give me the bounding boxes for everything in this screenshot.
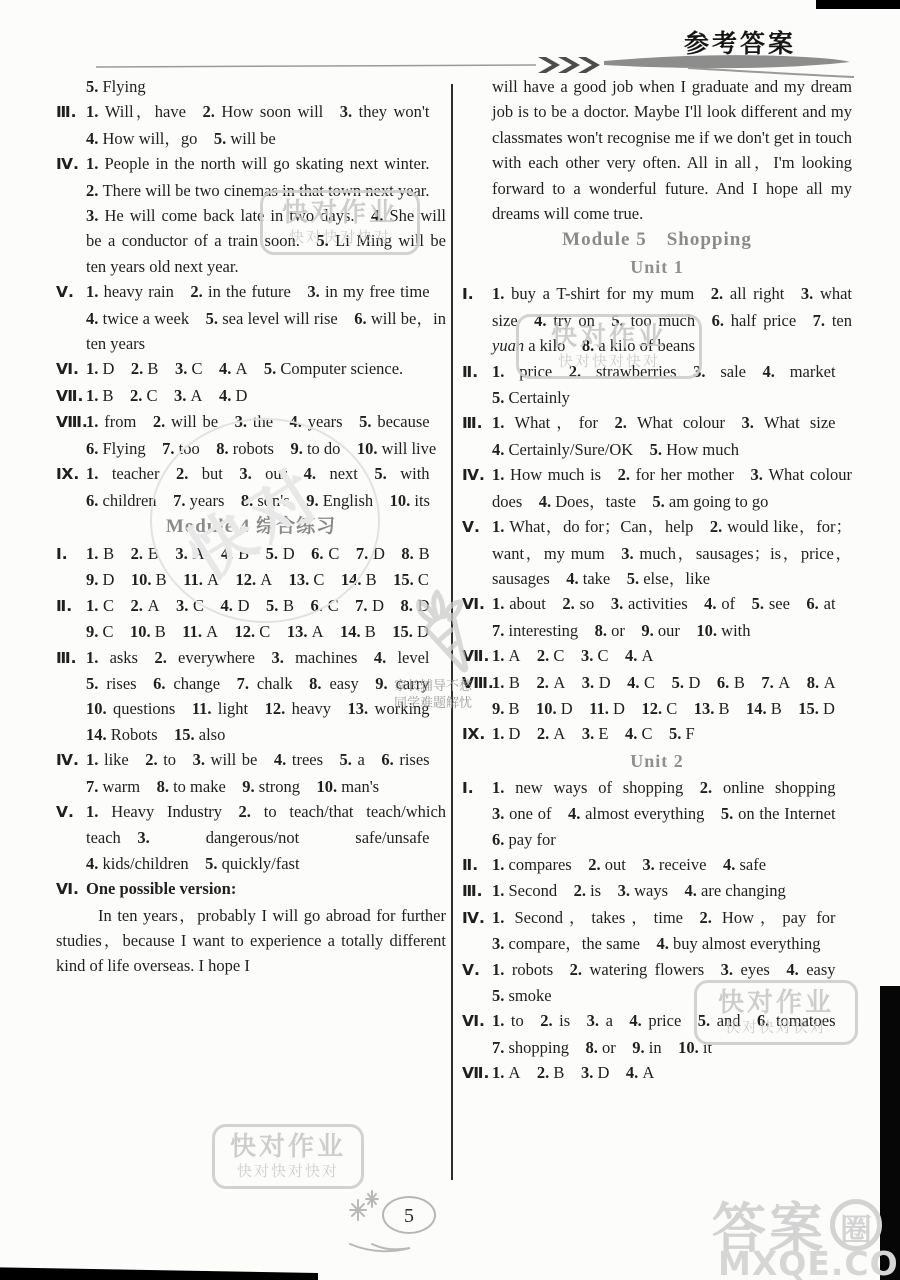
answer: 1. B <box>86 544 114 563</box>
item-number-label: Ⅴ. <box>56 280 86 305</box>
answer: 9. D <box>86 570 114 589</box>
answer-number: 3. <box>492 804 509 823</box>
answer-number: 2. <box>540 1011 559 1030</box>
watermark-stamp-subtitle: 快对快对快对 <box>223 1162 353 1181</box>
scan-artifact-right-bar <box>880 986 900 1280</box>
answer: 7. chalk <box>237 674 293 693</box>
answer: 6. pay for <box>492 830 556 849</box>
answer-number: 14. <box>340 622 365 641</box>
answer-number: 5. <box>627 569 644 588</box>
answer-number: 5. <box>86 77 103 96</box>
answer: 4. of <box>704 594 735 613</box>
answer-number: 2. <box>130 386 147 405</box>
answer: 1. D <box>492 724 520 743</box>
answer-item: 5. Flying <box>56 74 446 99</box>
answer: 1. compares <box>492 855 572 874</box>
answer-number: 4. <box>626 1063 643 1082</box>
answer-number: 7. <box>355 596 372 615</box>
answer-number: 11. <box>192 699 218 718</box>
answer: 9. in <box>632 1038 661 1057</box>
answer: 4. take <box>566 569 610 588</box>
answer-number: 10. <box>536 699 561 718</box>
answer: 5. am going to go <box>652 492 768 511</box>
answer-number: 1. <box>86 802 111 821</box>
answer: 2. B <box>537 1063 565 1082</box>
answer-number: 6. <box>86 491 103 510</box>
item-number-label: Ⅰ. <box>56 542 86 567</box>
watermark-stamp-subtitle: 快对快对快对 <box>271 228 409 247</box>
answer-item: Ⅵ.One possible version: <box>56 876 446 902</box>
answer-number: 10. <box>131 570 156 589</box>
item-number-label: Ⅳ. <box>56 152 86 177</box>
answer-item: Ⅸ.1. D 2. A 3. E 4. C 5. F <box>462 721 852 747</box>
answer: 2. for her mother <box>618 465 734 484</box>
answer: 5. sea level will rise <box>206 309 338 328</box>
watermark-stamp-title: 快对作业 <box>705 988 847 1018</box>
answer-number: 14. <box>86 725 111 744</box>
answer: 5. D <box>672 673 701 692</box>
answer: 9. strong <box>242 777 300 796</box>
answer: 4. D <box>219 386 247 405</box>
answer: 4. Certainly/Sure/OK <box>492 440 633 459</box>
answer: 2. A <box>131 596 160 615</box>
answer-key-page: { "header": { "title": "参考答案" }, "footer… <box>0 0 900 1280</box>
answer-number: 4. <box>762 362 789 381</box>
answer-number: 2. <box>710 517 727 536</box>
answer-number: 3. <box>307 282 325 301</box>
answer-number: 7. <box>237 674 257 693</box>
item-number-label: Ⅶ. <box>462 1061 492 1086</box>
answer: 4. trees <box>274 750 323 769</box>
answer: 6. at <box>806 594 835 613</box>
answer-number: 3. <box>587 1011 606 1030</box>
answer: 11. A <box>182 622 218 641</box>
answer-number: 2. <box>614 413 637 432</box>
answer: 1. A <box>492 1063 520 1082</box>
item-number-label: Ⅷ. <box>56 410 86 435</box>
answer-number: 6. <box>712 311 731 330</box>
item-number-label: Ⅱ. <box>56 594 86 619</box>
answer-number: 1. <box>86 282 104 301</box>
answer: 15. also <box>174 725 225 744</box>
answer-number: 3. <box>582 673 599 692</box>
answer: 5. will be <box>214 129 276 148</box>
answer: 5. Computer science. <box>264 359 403 378</box>
answer: 4. are changing <box>685 881 786 900</box>
answer-number: 9. <box>641 621 658 640</box>
answer: 10. B <box>130 622 166 641</box>
answer-number: 15. <box>393 570 418 589</box>
answer-number: 5. <box>752 594 769 613</box>
answer: 10. B <box>131 570 167 589</box>
answer: 2. everywhere <box>154 648 255 667</box>
answer-number: 5. <box>650 440 667 459</box>
answer: 12. C <box>641 699 677 718</box>
answer-number: 5. <box>205 854 222 873</box>
answer: 3. eyes <box>721 960 770 979</box>
answer-number: 1. <box>492 855 509 874</box>
answer: 9. C <box>86 622 114 641</box>
answer: 4. A <box>625 646 653 665</box>
answer-number: 3. <box>721 960 741 979</box>
answer-number: 3. <box>272 648 296 667</box>
answer-number: 3. <box>581 1063 598 1082</box>
answer: 4. easy <box>786 960 835 979</box>
answer-number: 5. <box>721 804 738 823</box>
answer-number: 13. <box>694 699 719 718</box>
answer-number: 5. <box>374 464 400 483</box>
answer: 2. C <box>130 386 158 405</box>
answer-number: 10. <box>357 439 382 458</box>
answer: 4. buy almost everything <box>656 934 820 953</box>
answer-number: 1. <box>86 544 103 563</box>
answer-number: 4. <box>219 386 236 405</box>
answer: 1. like <box>86 750 129 769</box>
answer-item: Ⅴ.1. heavy rain 2. in the future 3. in m… <box>56 279 446 356</box>
answer-number: 1. <box>492 960 512 979</box>
answer: 4. price <box>629 1011 681 1030</box>
answer: 3. machines <box>272 648 358 667</box>
answer-number: 2. <box>536 673 553 692</box>
answer-number: 4. <box>625 724 642 743</box>
watermark-stamp: 快对作业 快对快对快对 <box>260 190 420 255</box>
answer-number: 4. <box>219 359 236 378</box>
answer-number: 4. <box>627 673 644 692</box>
answer: 5. with <box>374 464 429 483</box>
answer: 7. shopping <box>492 1038 569 1057</box>
answer-number: 7. <box>761 673 778 692</box>
answer: 3. in my free time <box>307 282 429 301</box>
answer: 13. A <box>287 622 324 641</box>
answer-number: 14. <box>746 699 771 718</box>
answer-number: 11. <box>589 699 613 718</box>
answer: 5. Certainly <box>492 388 570 407</box>
item-number-label: Ⅳ. <box>462 906 492 931</box>
answer-number: 1. <box>86 750 104 769</box>
answer: 4. C <box>625 724 653 743</box>
answer: 14. Robots <box>86 725 158 744</box>
item-number-label: Ⅵ. <box>56 357 86 382</box>
answer: 1. about <box>492 594 546 613</box>
answer-number: 2. <box>131 544 148 563</box>
answer: 8. B <box>401 544 429 563</box>
answer: 3. one of <box>492 804 551 823</box>
watermark-circle: 快对 <box>150 418 380 623</box>
answer: 7. warm <box>86 777 140 796</box>
answer-number: 5. <box>492 388 509 407</box>
answer: 1. from <box>86 412 136 431</box>
answer-number: 13. <box>348 699 375 718</box>
answer: 9. our <box>641 621 680 640</box>
answer-number: 1. <box>492 517 509 536</box>
answer: 11. D <box>589 699 625 718</box>
answer: 3. receive <box>642 855 706 874</box>
answer: 4. A <box>626 1063 654 1082</box>
answer-number: 1. <box>86 412 104 431</box>
answer-number: 1. <box>492 1063 509 1082</box>
answer-number: 3. <box>582 724 599 743</box>
watermark-stamp-title: 快对作业 <box>271 198 409 228</box>
watermark-stamp-subtitle: 快对快对快对 <box>527 352 691 371</box>
answer-number: 7. <box>492 1038 509 1057</box>
answer: 1. buy a T-shirt for my mum <box>492 284 694 303</box>
answer-number: 6. <box>86 439 103 458</box>
watermark-stamp-subtitle: 快对快对快对 <box>705 1018 847 1037</box>
answer-number: 4. <box>723 855 740 874</box>
answer-number: 2. <box>239 802 264 821</box>
answer-number: 5. <box>359 412 377 431</box>
answer: 4. market <box>762 362 835 381</box>
answer-number: 6. <box>354 309 371 328</box>
answer: 1. teacher <box>86 464 159 483</box>
answer: 1. What，do for；Can，help <box>492 517 693 536</box>
answer-number: 8. <box>157 777 174 796</box>
answer-item: Ⅶ.1. B 2. C 3. A 4. D <box>56 383 446 409</box>
answer: 2. What colour <box>614 413 725 432</box>
answer-number: 2. <box>190 282 208 301</box>
answer: 10. D <box>536 699 573 718</box>
answer: 10. will live <box>357 439 436 458</box>
answer: 2. C <box>537 646 565 665</box>
answer-number: 6. <box>717 673 734 692</box>
watermark-stamp-title: 快对作业 <box>223 1132 353 1162</box>
watermark-slogan: 家长辅导不愁 同学难题解忧 <box>394 678 504 712</box>
answer-number: 6. <box>492 830 509 849</box>
answer-number: 4. <box>86 129 103 148</box>
answer-number: 4. <box>625 646 642 665</box>
item-number-label: Ⅸ. <box>56 462 86 487</box>
answer-number: 2. <box>202 102 221 121</box>
answer-number: 2. <box>131 596 148 615</box>
answer-item: Ⅲ.1. Second 2. is 3. ways 4. are changin… <box>462 878 852 904</box>
answer-number: 1. <box>492 413 515 432</box>
answer: 7. interesting <box>492 621 578 640</box>
answer-number: 12. <box>641 699 666 718</box>
answer: 10. man's <box>317 777 380 796</box>
answer-item: Ⅳ.1. How much is 2. for her mother 3. Wh… <box>462 462 852 514</box>
answer-item: Ⅳ.1. like 2. to 3. will be 4. trees 5. a… <box>56 747 446 799</box>
answer-number: 2. <box>145 750 163 769</box>
answer-number: 5. <box>264 359 281 378</box>
answer-number: 15. <box>798 699 823 718</box>
answer: 4. A <box>219 359 247 378</box>
answer-number: 2. <box>86 181 103 200</box>
answer-item: Ⅲ.1. Will，have 2. How soon will 3. they … <box>56 99 446 151</box>
item-number-label: Ⅴ. <box>462 515 492 540</box>
answer-number: 4. <box>656 934 673 953</box>
answer-number: 1. <box>492 465 510 484</box>
answer: 3. activities <box>611 594 688 613</box>
item-number-label: Ⅳ. <box>462 463 492 488</box>
answer: 11. light <box>192 699 248 718</box>
answer: 5. F <box>669 724 695 743</box>
answer-number: 1. <box>492 908 514 927</box>
answer: 4. almost everything <box>568 804 704 823</box>
answer: 5. else，like <box>627 569 710 588</box>
answer: 1. Heavy Industry <box>86 802 222 821</box>
answer-number: 13. <box>287 622 312 641</box>
answer: 2. all right <box>711 284 785 303</box>
answer-number: 2. <box>537 1063 554 1082</box>
answer-number: 2. <box>153 412 171 431</box>
answer-number: 9. <box>375 674 395 693</box>
answer-number: 5. <box>669 724 686 743</box>
answer-number: 1. <box>492 1011 511 1030</box>
answer-item: Ⅵ.1. about 2. so 3. activities 4. of 5. … <box>462 591 852 643</box>
answer-number: 6. <box>153 674 173 693</box>
answer: 2. in the future <box>190 282 290 301</box>
answer: 5. a <box>340 750 365 769</box>
answer-number: 3. <box>174 386 191 405</box>
unit-header: Unit 1 <box>462 254 852 281</box>
answer: 3. What size <box>741 413 835 432</box>
answer: 2. will be <box>153 412 218 431</box>
answer: 14. B <box>340 622 376 641</box>
answer-number: 2. <box>131 359 148 378</box>
answer-number: 5. <box>652 492 669 511</box>
answer-item: Ⅳ.1. Second，takes，time 2. How，pay for 3.… <box>462 905 852 957</box>
answer-number: 2. <box>154 648 178 667</box>
answer-number: 4. <box>86 309 103 328</box>
answer: 2. watering flowers <box>570 960 705 979</box>
answer-number: 2. <box>618 465 636 484</box>
answer: 2. is <box>540 1011 570 1030</box>
answer: 8. to make <box>157 777 226 796</box>
answer: 1. Will，have <box>86 102 186 121</box>
answer-number: 1. <box>86 386 103 405</box>
watermark-slogan-line1: 家长辅导不愁 <box>394 678 504 695</box>
answer-number: 4. <box>704 594 721 613</box>
answer: 2. so <box>562 594 594 613</box>
answer: 5. quickly/fast <box>205 854 299 873</box>
answer-number: 2. <box>537 646 554 665</box>
answer: 1. How much is <box>492 465 601 484</box>
answer-number: 1. <box>492 724 509 743</box>
answer-number: 3. <box>741 413 764 432</box>
answer-number: 10. <box>86 699 113 718</box>
answer-item: Ⅷ.1. B 2. A 3. D 4. C 5. D 6. B 7. A 8. … <box>462 670 852 722</box>
answer-number: 6. <box>381 750 399 769</box>
answer: 1. What，for <box>492 413 598 432</box>
answer-item: Ⅰ.1. new ways of shopping 2. online shop… <box>462 775 852 852</box>
answer: 12. heavy <box>265 699 331 718</box>
answer-number: 3. <box>137 828 205 847</box>
answer: 5. How much <box>650 440 739 459</box>
answer: 1. to <box>492 1011 524 1030</box>
answer-number: 3. <box>86 206 104 225</box>
answer: 4. Does，taste <box>539 492 636 511</box>
watermark-stamp: 快对作业 快对快对快对 <box>516 314 702 379</box>
answer-number: 5. <box>214 129 231 148</box>
answer-number: 1. <box>86 102 105 121</box>
item-number-label: Ⅲ. <box>462 879 492 904</box>
answer-item: Ⅱ.1. compares 2. out 3. receive 4. safe <box>462 852 852 878</box>
item-number-label: Ⅴ. <box>462 958 492 983</box>
answer: 3. ways <box>618 881 668 900</box>
answer: 4. kids/children <box>86 854 189 873</box>
answer: 14. B <box>746 699 782 718</box>
answer: 10. its <box>390 491 430 510</box>
answer: 1. heavy rain <box>86 282 174 301</box>
page-number: 5 <box>382 1196 436 1234</box>
answer: 3. A <box>174 386 202 405</box>
answer: 1. B <box>86 386 114 405</box>
watermark-stamp: 快对作业 快对快对快对 <box>694 980 858 1045</box>
answer-item: Ⅶ.1. A 2. C 3. C 4. A <box>462 643 852 669</box>
item-number-label: Ⅱ. <box>462 853 492 878</box>
answer: 8. A <box>807 673 836 692</box>
answer-number: 4. <box>786 960 806 979</box>
answer-number: 7. <box>86 777 103 796</box>
answer: 13. B <box>694 699 730 718</box>
essay-intro: One possible version: <box>86 879 236 898</box>
answer: 5. on the Internet <box>721 804 836 823</box>
answer-number: 1. <box>492 778 515 797</box>
answer: 1. asks <box>86 648 138 667</box>
item-number-label: Ⅵ. <box>462 1009 492 1034</box>
answer-number: 3. <box>801 284 820 303</box>
answer-number: 5. <box>340 750 358 769</box>
answer-number: 1. <box>86 648 110 667</box>
answer: 2. out <box>588 855 626 874</box>
answer: 1. D <box>86 359 114 378</box>
answer-number: 4. <box>274 750 292 769</box>
answer: 10. with <box>696 621 750 640</box>
answer-number: 8. <box>586 1038 603 1057</box>
answer: 5. because <box>359 412 429 431</box>
answer: 3. C <box>581 646 609 665</box>
answer-number: 11. <box>182 622 206 641</box>
item-number-label: Ⅳ. <box>56 748 86 773</box>
answer: 1. Second <box>492 881 557 900</box>
answer: 6. rises <box>381 750 429 769</box>
answer: 7. A <box>761 673 790 692</box>
answer: 7. D <box>355 596 384 615</box>
answer-number: 3. <box>340 102 359 121</box>
chevron-arrows-icon <box>538 57 600 73</box>
answer: 5. smoke <box>492 986 552 1005</box>
answer-number: 8. <box>309 674 329 693</box>
answer: 4. safe <box>723 855 766 874</box>
answer: 3. they won't <box>340 102 430 121</box>
answer: 2. is <box>574 881 602 900</box>
answer: 8. or <box>586 1038 616 1057</box>
item-number-label: Ⅰ. <box>462 776 492 801</box>
watermark-stamp-title: 快对作业 <box>527 322 691 352</box>
answer: 10. questions <box>86 699 175 718</box>
item-number-label: Ⅸ. <box>462 722 492 747</box>
answer-number: 5. <box>86 674 106 693</box>
answer-number: 1. <box>492 284 511 303</box>
answer-number: 9. <box>86 570 103 589</box>
answer-number: 1. <box>86 359 103 378</box>
answer: 3. D <box>582 673 611 692</box>
answer: 5. see <box>752 594 790 613</box>
answer-number: 8. <box>401 544 418 563</box>
answer: 3. dangerous/not safe/unsafe <box>137 828 429 847</box>
scan-artifact-bottom-bar <box>0 1266 318 1280</box>
answer: 8. or <box>595 621 625 640</box>
answer: 2. to <box>145 750 176 769</box>
answer-number: 3. <box>618 881 635 900</box>
answer: 4. C <box>627 673 655 692</box>
answer: 3. a <box>587 1011 613 1030</box>
answer-number: 15. <box>174 725 199 744</box>
answer-item: Ⅲ.1. What，for 2. What colour 3. What siz… <box>462 410 852 462</box>
answer-number: 1. <box>86 154 104 173</box>
answer: 8. easy <box>309 674 359 693</box>
answer-number: 1. <box>492 881 509 900</box>
